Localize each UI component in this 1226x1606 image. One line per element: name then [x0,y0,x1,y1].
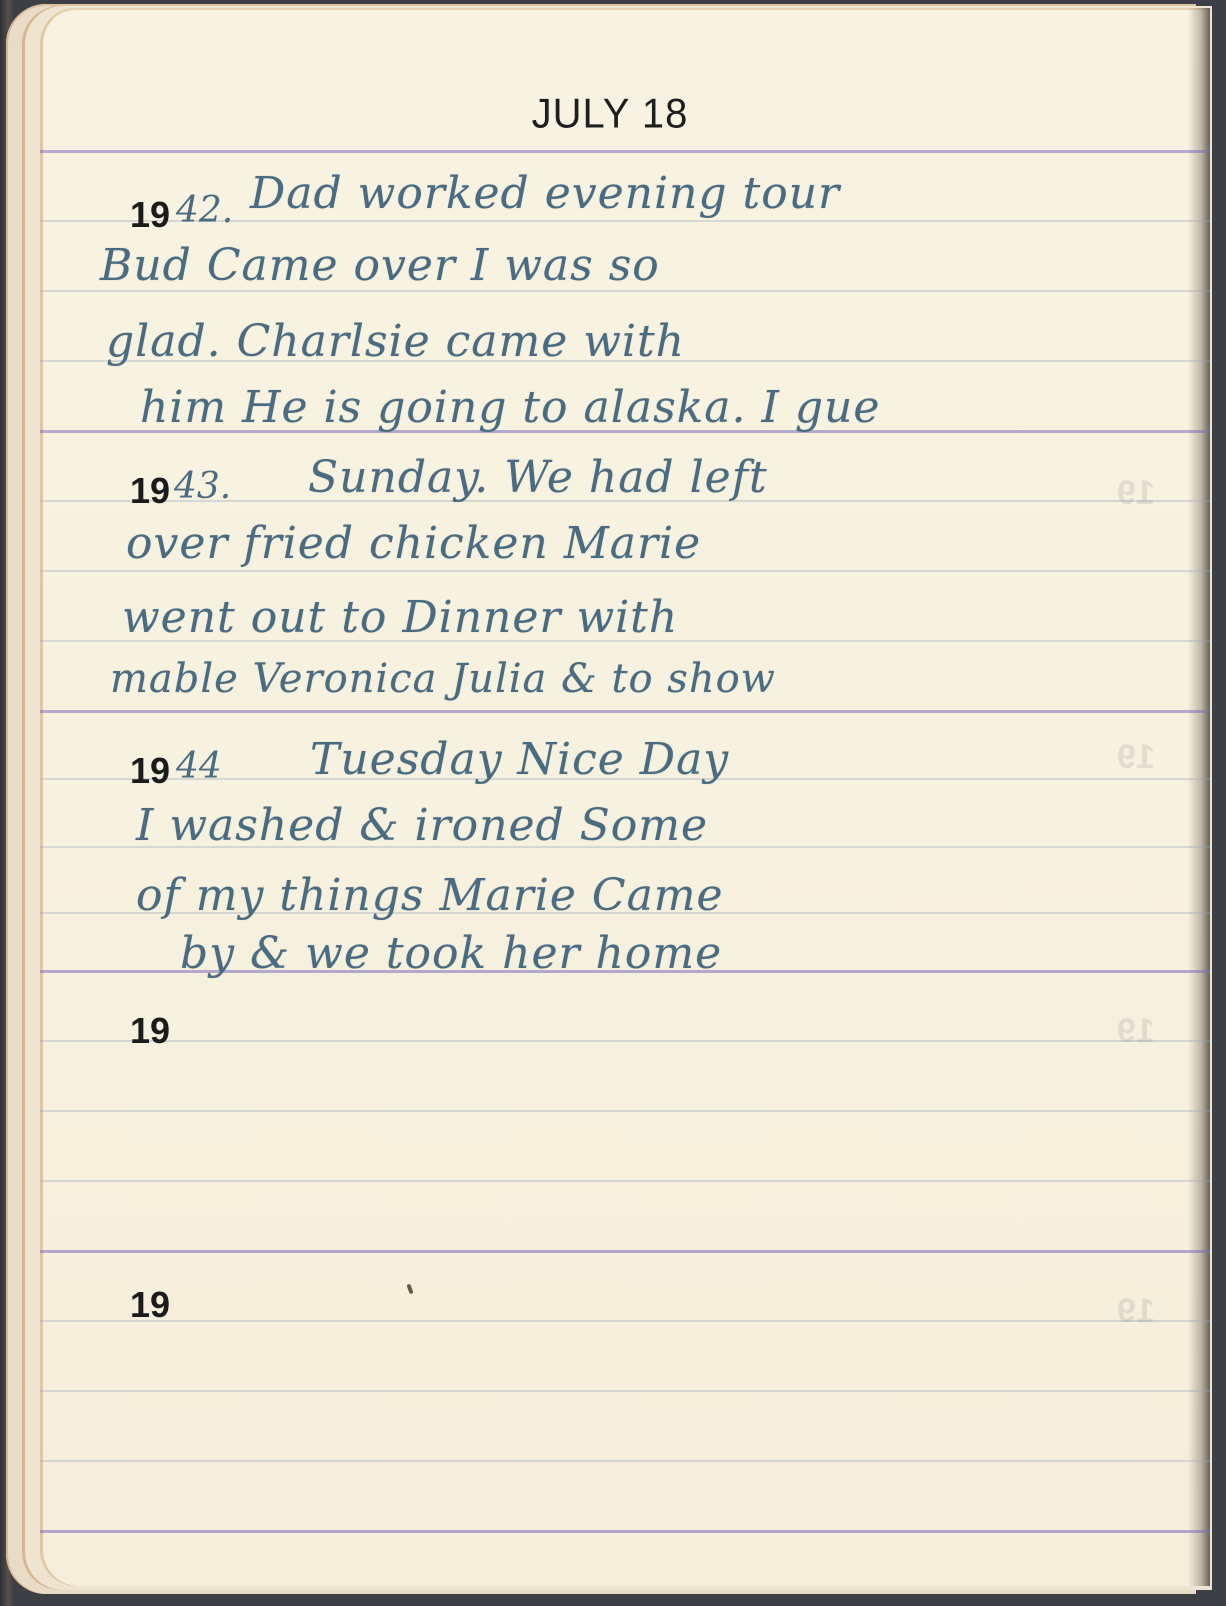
ruled-line [40,1320,1210,1322]
date-heading: JULY 18 [40,91,1180,138]
binding-shadow [1188,8,1210,1586]
section-separator [40,1530,1210,1533]
handwritten-line: over fried chicken Marie [126,518,701,569]
bleed-through-year: 19 [1117,738,1155,777]
handwritten-line: I washed & ironed Some [136,800,708,851]
ruled-line [40,1110,1210,1112]
handwritten-line: of my things Marie Came [136,870,724,921]
printed-year-prefix: 19 [130,1284,170,1326]
handwritten-line: by & we took her home [180,928,722,979]
handwritten-line: him He is going to alaska. I gue [140,382,880,433]
handwritten-line: Sunday. We had left [308,452,768,503]
handwritten-year-suffix: 44 [176,746,222,787]
handwritten-line: glad. Charlsie came with [106,316,685,367]
handwritten-year-suffix: 42. [176,190,233,231]
section-separator [40,710,1210,713]
section-separator [40,1250,1210,1253]
paper-speck [406,1284,413,1295]
ruled-line [40,1040,1210,1042]
handwritten-line: went out to Dinner with [122,592,678,643]
section-separator [40,150,1210,153]
handwritten-line: Bud Came over I was so [100,240,660,291]
ruled-line [40,1460,1210,1462]
handwritten-year-suffix: 43. [174,466,231,507]
bleed-through-year: 19 [1117,474,1155,513]
ruled-line [40,570,1210,572]
handwritten-line: Tuesday Nice Day [310,734,729,785]
printed-year-prefix: 19 [130,194,170,236]
handwritten-line: mable Veronica Julia & to show [110,656,776,702]
ruled-line [40,1180,1210,1182]
diary-page: JULY 18 19 19 19 19 19 42. Dad worked [40,8,1210,1586]
printed-year-prefix: 19 [130,750,170,792]
printed-year-prefix: 19 [130,1010,170,1052]
handwritten-line: Dad worked evening tour [250,168,840,219]
bleed-through-year: 19 [1117,1012,1155,1051]
scanned-diary-page: JULY 18 19 19 19 19 19 42. Dad worked [0,0,1226,1606]
printed-year-prefix: 19 [130,470,170,512]
ruled-line [40,1390,1210,1392]
bleed-through-year: 19 [1117,1292,1155,1331]
